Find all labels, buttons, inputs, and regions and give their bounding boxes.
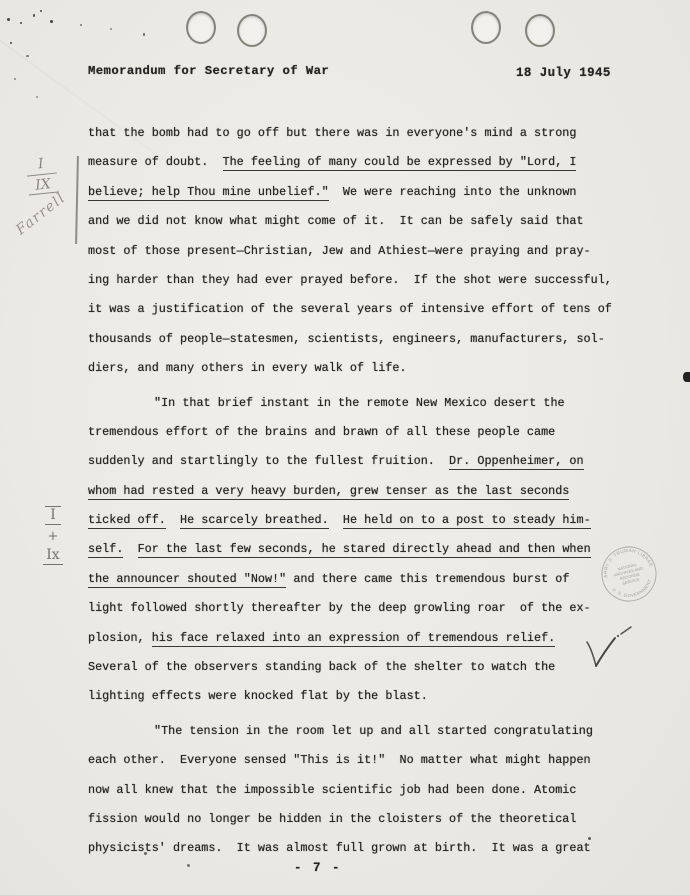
text-segment: most of those present—Christian, Jew and…: [88, 244, 591, 258]
text-segment: physicists' dreams. It was almost full g…: [88, 841, 591, 855]
document-body: that the bomb had to go off but there wa…: [88, 119, 633, 864]
punch-hole: [471, 11, 501, 44]
fraction-denominator: Ix: [43, 547, 62, 565]
paper-speck: [187, 864, 190, 867]
text-line: thousands of people—statesmen, scientist…: [88, 325, 633, 354]
text-line: ticked off. He scarcely breathed. He hel…: [88, 506, 633, 535]
text-line: fission would no longer be hidden in the…: [88, 805, 633, 834]
text-segment: lighting effects were knocked flat by th…: [88, 689, 428, 703]
underlined-text: Dr. Oppenheimer, on: [449, 454, 584, 470]
text-line: measure of doubt. The feeling of many co…: [88, 148, 633, 177]
text-segment: Several of the observers standing back o…: [88, 660, 555, 674]
paper-speck: [110, 28, 112, 30]
paper-speck: [7, 18, 10, 21]
text-segment: and we did not know what might come of i…: [88, 214, 584, 228]
underlined-text: ticked off.: [88, 513, 166, 529]
text-segment: suddenly and startlingly to the fullest …: [88, 454, 449, 468]
paper-speck: [143, 33, 145, 36]
text-segment: fission would no longer be hidden in the…: [88, 812, 576, 826]
paragraph: that the bomb had to go off but there wa…: [88, 119, 633, 384]
paper-speck: [14, 78, 16, 80]
underlined-text: the announcer shouted "Now!": [88, 572, 286, 588]
underlined-text: his face relaxed into an expression of t…: [152, 631, 556, 647]
paper-speck: [36, 96, 38, 98]
paper-speck: [33, 14, 35, 17]
paper-speck: [40, 10, 42, 12]
text-segment: We were reaching into the unknown: [329, 185, 577, 199]
text-line: that the bomb had to go off but there wa…: [88, 119, 633, 148]
text-segment: "In that brief instant in the remote New…: [154, 396, 565, 410]
margin-fraction-annotation-2: I + Ix: [38, 506, 68, 565]
text-segment: ing harder than they had ever prayed bef…: [88, 273, 612, 287]
punch-hole: [525, 14, 555, 47]
paragraph: "In that brief instant in the remote New…: [88, 389, 633, 712]
text-line: "In that brief instant in the remote New…: [88, 389, 633, 418]
text-segment: tremendous effort of the brains and braw…: [88, 425, 555, 439]
text-segment: and there came this tremendous burst of: [286, 572, 569, 586]
text-line: lighting effects were knocked flat by th…: [88, 682, 633, 711]
text-segment: [123, 542, 137, 556]
text-line: now all knew that the impossible scienti…: [88, 776, 633, 805]
text-line: it was a justification of the several ye…: [88, 295, 633, 324]
memo-title: Memorandum for Secretary of War: [88, 64, 329, 78]
text-segment: [329, 513, 343, 527]
paper-speck: [26, 55, 29, 57]
check-mark-icon: [584, 626, 638, 674]
underlined-text: He held on to a post to steady him-: [343, 513, 591, 529]
text-line: each other. Everyone sensed "This is it!…: [88, 746, 633, 775]
text-segment: that the bomb had to go off but there wa…: [88, 126, 576, 140]
fraction-numerator: I: [45, 506, 61, 525]
text-segment: measure of doubt.: [88, 155, 223, 169]
text-segment: each other. Everyone sensed "This is it!…: [88, 753, 591, 767]
text-line: light followed shortly thereafter by the…: [88, 594, 633, 623]
text-line: the announcer shouted "Now!" and there c…: [88, 565, 633, 594]
text-line: and we did not know what might come of i…: [88, 207, 633, 236]
text-line: physicists' dreams. It was almost full g…: [88, 834, 633, 863]
margin-rule-line: [75, 156, 78, 244]
paper-speck: [10, 42, 12, 44]
text-line: suddenly and startlingly to the fullest …: [88, 447, 633, 476]
underlined-text: For the last few seconds, he stared dire…: [138, 542, 591, 558]
paper-speck: [50, 20, 53, 23]
text-line: plosion, his face relaxed into an expres…: [88, 624, 633, 653]
text-segment: thousands of people—statesmen, scientist…: [88, 332, 605, 346]
page-number: - 7 -: [294, 861, 342, 875]
fraction-connector: +: [38, 529, 68, 544]
underlined-text: The feeling of many could be expressed b…: [223, 155, 577, 171]
paper-speck: [20, 22, 22, 24]
memo-page: Memorandum for Secretary of War 18 July …: [0, 0, 690, 895]
text-segment: it was a justification of the several ye…: [88, 302, 612, 316]
text-line: "The tension in the room let up and all …: [88, 717, 633, 746]
text-line: self. For the last few seconds, he stare…: [88, 535, 633, 564]
text-segment: light followed shortly thereafter by the…: [88, 601, 591, 615]
punch-hole: [186, 11, 216, 44]
underlined-text: self.: [88, 542, 123, 558]
text-line: believe; help Thou mine unbelief." We we…: [88, 178, 633, 207]
underlined-text: believe; help Thou mine unbelief.": [88, 185, 329, 201]
text-line: diers, and many others in every walk of …: [88, 354, 633, 383]
punch-hole: [237, 14, 267, 47]
text-segment: now all knew that the impossible scienti…: [88, 783, 576, 797]
text-segment: "The tension in the room let up and all …: [154, 724, 593, 738]
text-line: tremendous effort of the brains and braw…: [88, 418, 633, 447]
edge-ink-blot: [683, 372, 690, 382]
paragraph: "The tension in the room let up and all …: [88, 717, 633, 864]
memo-date: 18 July 1945: [516, 66, 611, 80]
text-line: Several of the observers standing back o…: [88, 653, 633, 682]
text-segment: diers, and many others in every walk of …: [88, 361, 407, 375]
underlined-text: He scarcely breathed.: [180, 513, 329, 529]
text-segment: [166, 513, 180, 527]
underlined-text: whom had rested a very heavy burden, gre…: [88, 484, 569, 500]
text-line: whom had rested a very heavy burden, gre…: [88, 477, 633, 506]
text-line: most of those present—Christian, Jew and…: [88, 237, 633, 266]
margin-fraction-annotation: I IX: [25, 155, 59, 196]
text-line: ing harder than they had ever prayed bef…: [88, 266, 633, 295]
paper-speck: [80, 24, 82, 26]
text-segment: plosion,: [88, 631, 152, 645]
